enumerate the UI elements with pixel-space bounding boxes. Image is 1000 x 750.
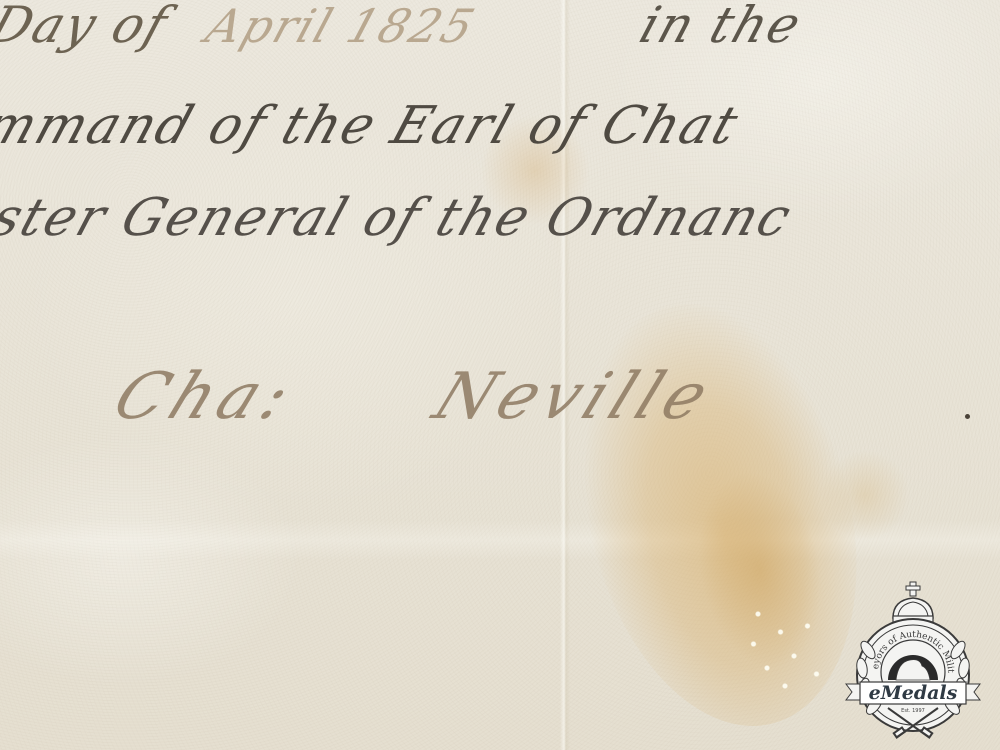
line1-date: April 1825: [199, 0, 482, 53]
emedals-watermark-seal: Purveyors of Authentic Militaria eMedals…: [838, 580, 988, 745]
ink-dot: [965, 414, 970, 419]
foxing-speckles: [740, 590, 830, 710]
seal-established: Est. 1997: [901, 708, 925, 714]
seal-icon: Purveyors of Authentic Militaria eMedals…: [838, 580, 988, 745]
manuscript-line-3: ster General of the Ordnanc: [0, 188, 800, 248]
manuscript-line-1: Day of April 1825 in the: [0, 0, 810, 54]
seal-brand: eMedals: [869, 682, 958, 704]
signature-first: Cha:: [103, 360, 307, 434]
crown-icon: [893, 582, 933, 622]
water-stain-core: [684, 461, 837, 679]
signature: Cha: Neville: [103, 360, 724, 434]
manuscript-line-2: mmand of the Earl of Chat: [0, 96, 747, 156]
horizontal-fold-line: [0, 520, 1000, 560]
document-photo: Day of April 1825 in the mmand of the Ea…: [0, 0, 1000, 750]
signature-last: Neville: [423, 360, 724, 434]
line1-trailing: in the: [633, 0, 810, 54]
line1-text: Day of: [0, 0, 176, 54]
